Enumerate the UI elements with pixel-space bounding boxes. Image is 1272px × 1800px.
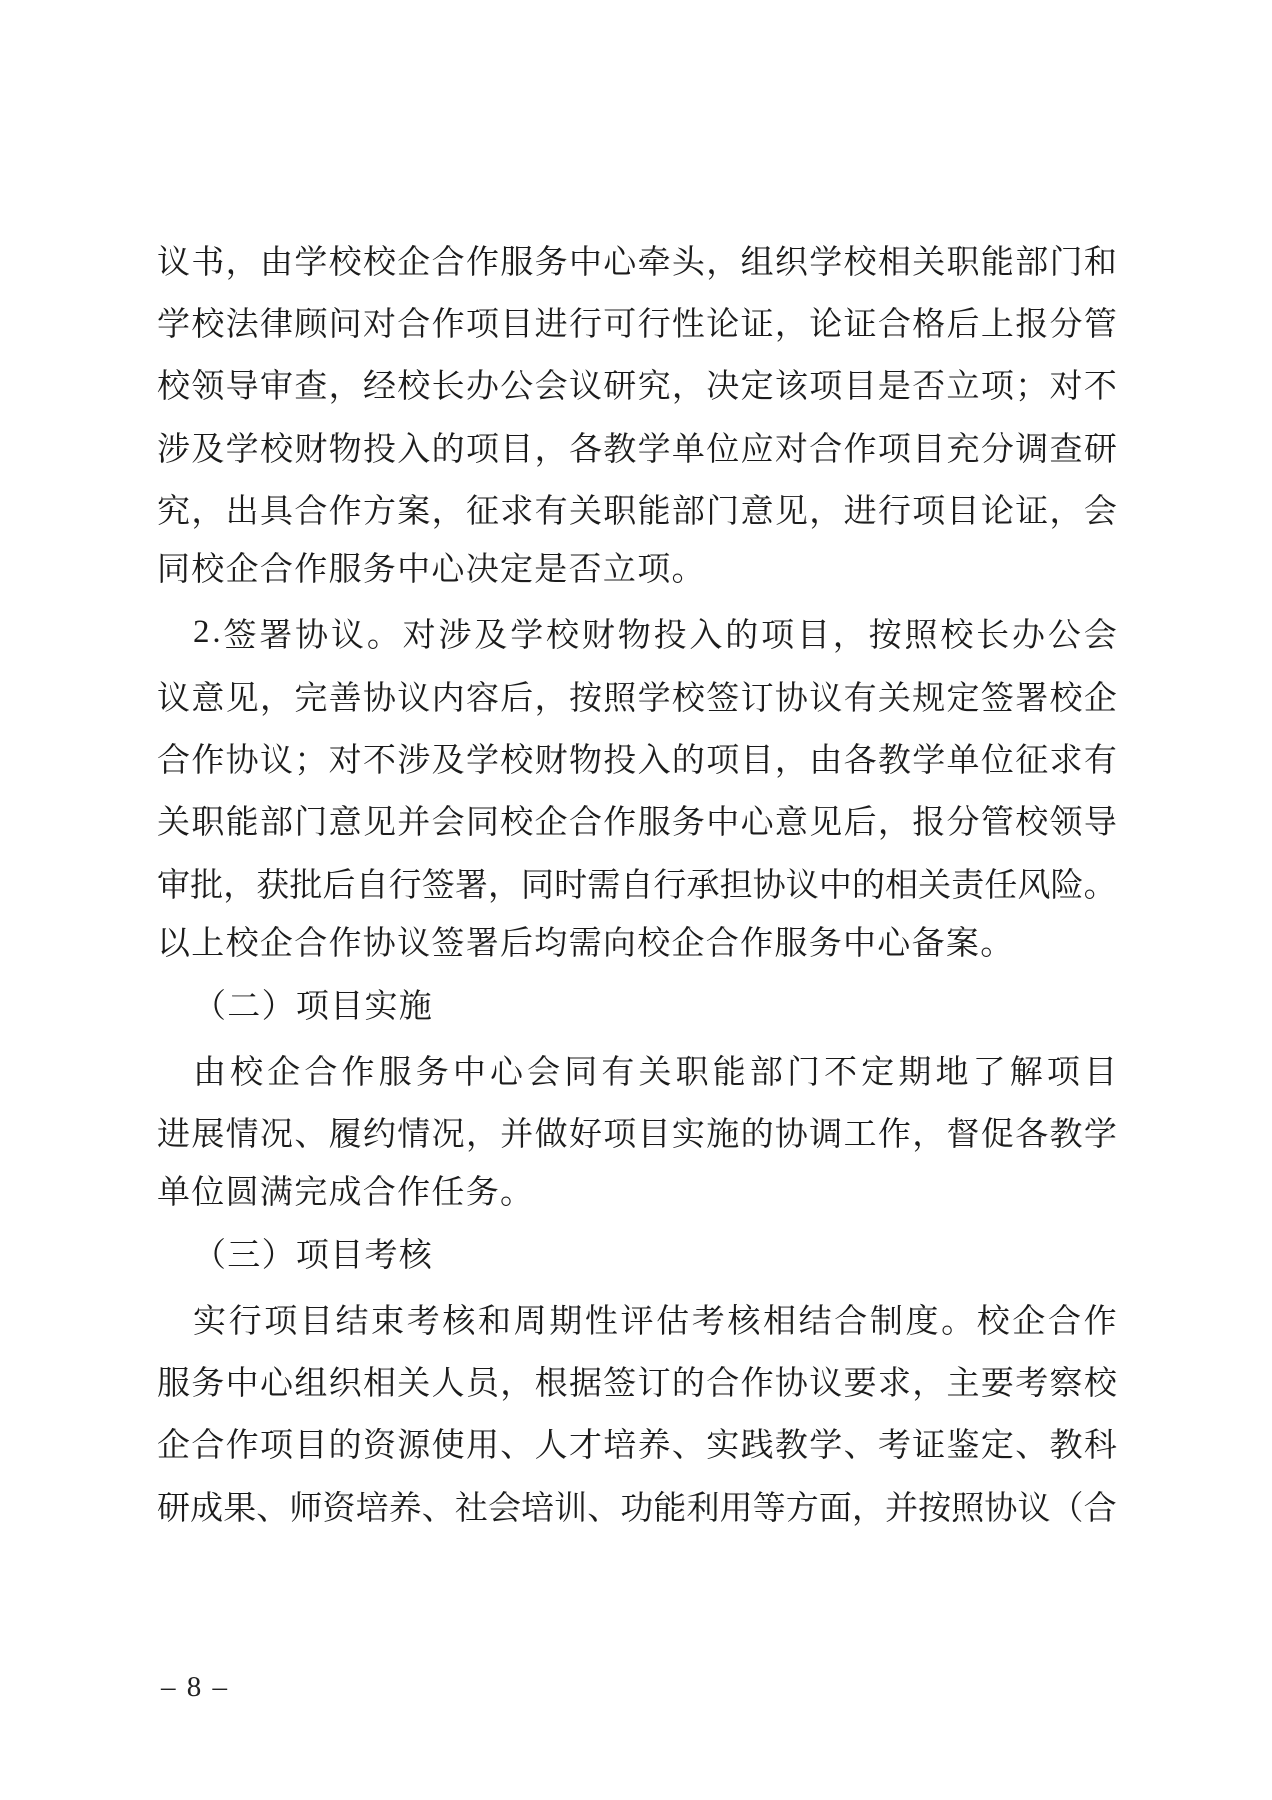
text-line: 议意见，完善协议内容后，按照学校签订协议有关规定签署校企 <box>157 664 1117 726</box>
page-number: – 8 – <box>161 1671 229 1703</box>
text-line: 研成果、师资培养、社会培训、功能利用等方面，并按照协议（合 <box>157 1474 1117 1536</box>
text-line: 究，出具合作方案，征求有关职能部门意见，进行项目论证，会 <box>157 477 1117 539</box>
text-line: 进展情况、履约情况，并做好项目实施的协调工作，督促各教学 <box>157 1100 1117 1162</box>
text-line: 关职能部门意见并会同校企合作服务中心意见后，报分管校领导 <box>157 789 1117 851</box>
page-footer: – 8 – <box>161 1671 229 1704</box>
text-line: 实行项目结束考核和周期性评估考核相结合制度。校企合作 <box>157 1287 1117 1349</box>
text-line: 2.签署协议。对涉及学校财物投入的项目，按照校长办公会 <box>157 602 1117 664</box>
text-line: （二）项目实施 <box>157 976 1117 1038</box>
text-line: 服务中心组织相关人员，根据签订的合作协议要求，主要考察校 <box>157 1349 1117 1411</box>
text-line: 以上校企合作协议签署后均需向校企合作服务中心备案。 <box>157 913 1117 975</box>
text-line: 由校企合作服务中心会同有关职能部门不定期地了解项目 <box>157 1038 1117 1100</box>
text-line: 学校法律顾问对合作项目进行可行性论证，论证合格后上报分管 <box>157 290 1117 352</box>
text-line: 议书，由学校校企合作服务中心牵头，组织学校相关职能部门和 <box>157 228 1117 290</box>
text-line: 企合作项目的资源使用、人才培养、实践教学、考证鉴定、教科 <box>157 1412 1117 1474</box>
text-line: 审批，获批后自行签署，同时需自行承担协议中的相关责任风险。 <box>157 851 1117 913</box>
text-line: 校领导审查，经校长办公会议研究，决定该项目是否立项；对不 <box>157 353 1117 415</box>
text-line: 合作协议；对不涉及学校财物投入的项目，由各教学单位征求有 <box>157 726 1117 788</box>
text-line: 涉及学校财物投入的项目，各教学单位应对合作项目充分调查研 <box>157 415 1117 477</box>
document-body: 议书，由学校校企合作服务中心牵头，组织学校相关职能部门和学校法律顾问对合作项目进… <box>157 228 1117 1536</box>
text-line: （三）项目考核 <box>157 1225 1117 1287</box>
text-line: 单位圆满完成合作任务。 <box>157 1162 1117 1224</box>
text-line: 同校企合作服务中心决定是否立项。 <box>157 539 1117 601</box>
